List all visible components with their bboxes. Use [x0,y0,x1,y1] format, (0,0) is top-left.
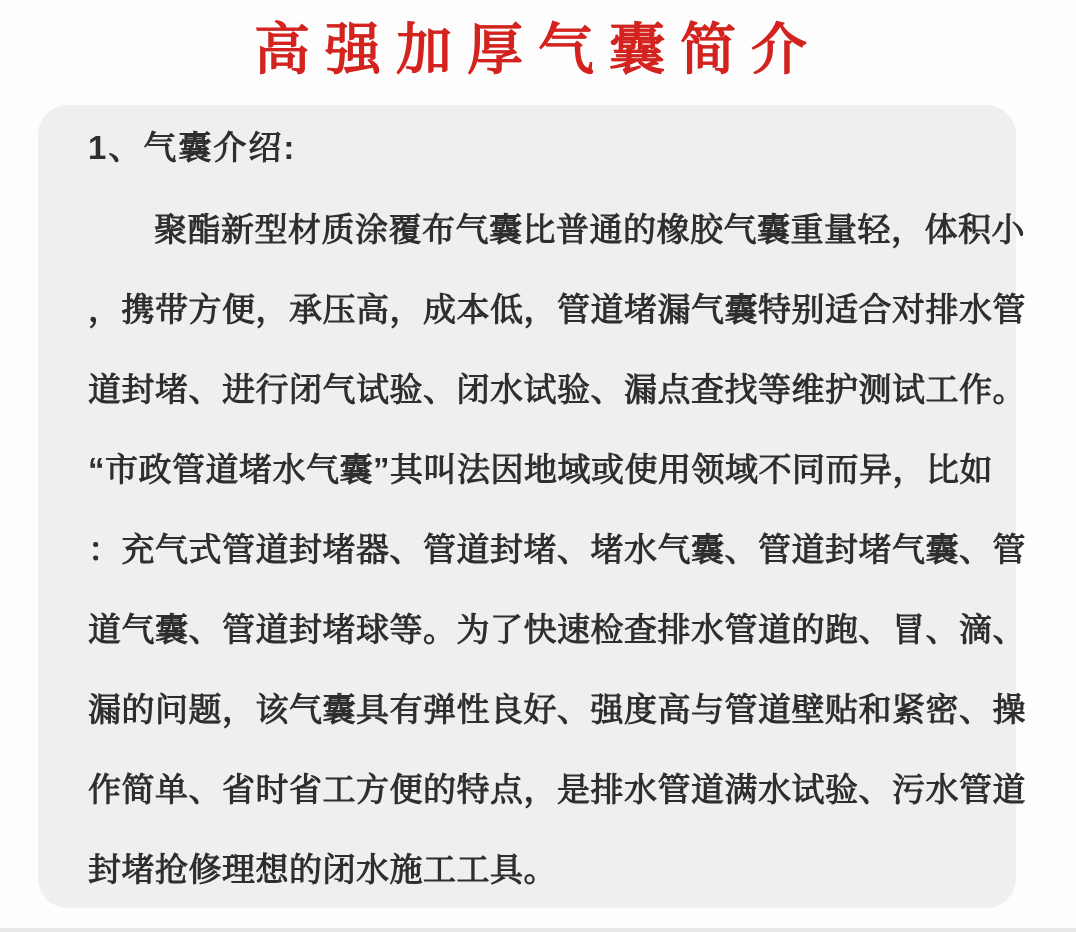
page-title: 高强加厚气囊简介 [0,0,1076,86]
paragraph-line: 道封堵、进行闭气试验、闭水试验、漏点查找等维护测试工作。 [88,347,976,427]
paragraph-line: 聚酯新型材质涂覆布气囊比普通的橡胶气囊重量轻，体积小 [88,187,976,267]
intro-paragraph: 聚酯新型材质涂覆布气囊比普通的橡胶气囊重量轻，体积小 ，携带方便，承压高，成本低… [88,187,976,907]
bottom-divider [0,928,1076,932]
paragraph-line: 作简单、省时省工方便的特点，是排水管道满水试验、污水管道 [88,747,976,827]
paragraph-line: ：充气式管道封堵器、管道封堵、堵水气囊、管道封堵气囊、管 [88,507,976,587]
paragraph-line: ，携带方便，承压高，成本低，管道堵漏气囊特别适合对排水管 [88,267,976,347]
section-heading: 1、气囊介绍: [88,125,976,170]
product-intro-page: 高强加厚气囊简介 1、气囊介绍: 聚酯新型材质涂覆布气囊比普通的橡胶气囊重量轻，… [0,0,1076,932]
paragraph-line: 道气囊、管道封堵球等。为了快速检查排水管道的跑、冒、滴、 [88,587,976,667]
paragraph-line: 漏的问题，该气囊具有弹性良好、强度高与管道壁贴和紧密、操 [88,667,976,747]
intro-card: 1、气囊介绍: 聚酯新型材质涂覆布气囊比普通的橡胶气囊重量轻，体积小 ，携带方便… [38,105,1016,908]
paragraph-line: 封堵抢修理想的闭水施工工具。 [88,827,976,907]
paragraph-line: “市政管道堵水气囊”其叫法因地域或使用领域不同而异，比如 [88,427,976,507]
